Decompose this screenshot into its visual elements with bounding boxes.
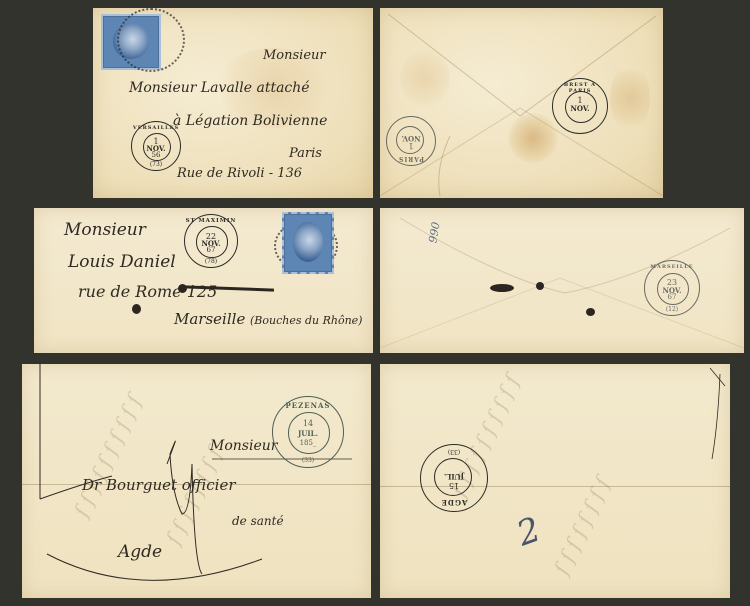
address-line: Louis Daniel xyxy=(68,252,176,272)
ink-blot xyxy=(536,282,544,290)
address-line: à Légation Bolivienne xyxy=(173,113,327,129)
postmark-versailles: VERSAILLES 1 NOV. 56 (73) xyxy=(131,121,181,171)
lozenge-cancel xyxy=(117,8,185,72)
postmark-pezenas: PEZENAS 14 JUIL. 185_ (33) xyxy=(272,396,344,468)
postmark-agde: AGDE 15 JUIL. (33) xyxy=(420,444,488,512)
ink-blot xyxy=(586,308,595,316)
water-stain xyxy=(610,63,650,133)
address-line: Agde xyxy=(118,542,162,562)
address-line: Monsieur xyxy=(263,48,326,63)
postmark-brest-a-paris: BREST A PARIS 1 NOV. xyxy=(552,78,608,134)
cover-1-back: BREST A PARIS 1 NOV. PARIS 1 NOV. xyxy=(380,8,663,198)
water-stain xyxy=(508,113,558,163)
address-line: rue de Rome 125 xyxy=(78,282,217,301)
cover-3-front: ſ ſ ſ ſ ſ ſ ſ ſ ſ ſ ſ ſ ſ ſ ſ ſ ſ ſ Mons… xyxy=(22,364,371,598)
address-line: Paris xyxy=(289,146,322,161)
address-line: Monsieur Lavalle attaché xyxy=(129,80,310,96)
ink-blot xyxy=(132,304,141,314)
stamp-portrait xyxy=(293,222,324,261)
cover-3-back: ſ ſ ſ ſ ſ ſ ſ ſ ſ ſ ſ ſ ſ ſ ſ ſ ſ ſ 2 AG… xyxy=(380,364,730,598)
address-line: (Bouches du Rhône) xyxy=(250,314,362,327)
cover-2-back: 990 MARSEILLE 23 NOV. 67 (12) xyxy=(380,208,744,353)
postmark-marseille: MARSEILLE 23 NOV. 67 (12) xyxy=(644,260,700,316)
ink-blot xyxy=(490,284,514,292)
address-line: Monsieur xyxy=(64,220,146,240)
stamp-napoleon-perforated xyxy=(282,212,334,274)
address-line: Marseille xyxy=(174,310,245,328)
cover-2-front: Monsieur Louis Daniel rue de Rome 125 Ma… xyxy=(34,208,373,353)
water-stain xyxy=(400,48,450,108)
cover-1-front: Monsieur Monsieur Lavalle attaché à Léga… xyxy=(93,8,373,198)
address-line: Rue de Rivoli - 136 xyxy=(177,166,302,181)
address-line: Dr Bourguet officier xyxy=(82,476,236,494)
address-line: de santé xyxy=(232,514,284,528)
address-line: Monsieur xyxy=(210,438,277,454)
postmark-paris: PARIS 1 NOV. xyxy=(386,116,436,166)
postmark-st-maximin: ST MAXIMIN 22 NOV. 67 (78) xyxy=(184,214,238,268)
